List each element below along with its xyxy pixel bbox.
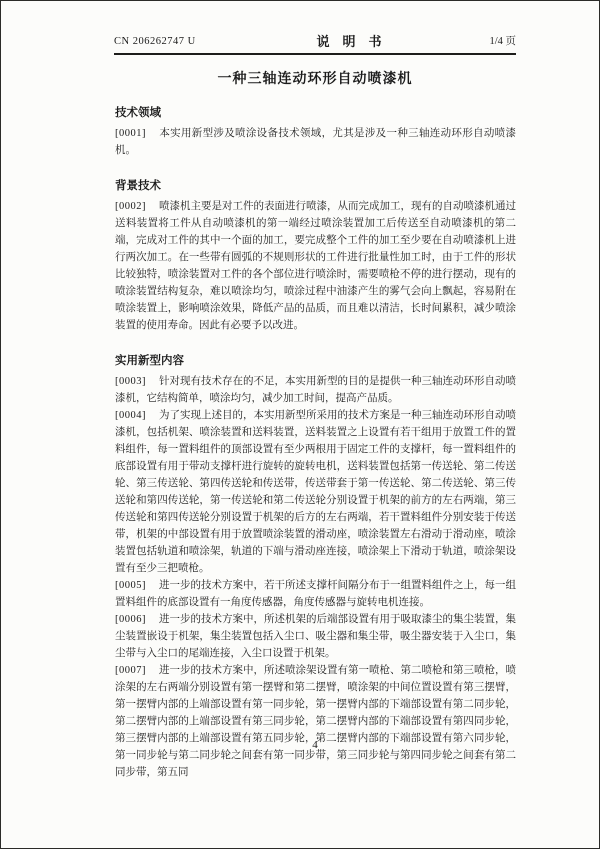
paragraph-0007: [0007]进一步的技术方案中，所述喷涂架设置有第一喷枪、第二喷枪和第三喷枪，喷…	[115, 662, 516, 781]
section-heading: 技术领域	[115, 105, 516, 122]
page-indicator: 1/4 页	[489, 35, 516, 49]
page-header: CN 206262747 U 说明书 1/4 页	[114, 35, 516, 49]
paragraph-text: 进一步的技术方案中，所述喷涂架设置有第一喷枪、第二喷枪和第三喷枪，喷涂架的左右两…	[115, 665, 516, 778]
section-heading: 实用新型内容	[115, 353, 516, 370]
paragraph-text: 进一步的技术方案中，所述机架的后端部设置有用于吸取漆尘的集尘装置，集尘装置嵌设于…	[115, 614, 516, 659]
paragraph-text: 喷漆机主要是对工件的表面进行喷漆，从而完成加工，现有的自动喷漆机通过送料装置将工…	[115, 201, 516, 331]
paragraph-number: [0006]	[115, 611, 159, 628]
section-background-art: 背景技术 [0002]喷漆机主要是对工件的表面进行喷漆，从而完成加工，现有的自动…	[115, 178, 516, 334]
document-type-label: 说明书	[317, 35, 395, 49]
footer-page-number: 4	[312, 739, 318, 751]
publication-number: CN 206262747 U	[114, 35, 196, 49]
paragraph-number: [0004]	[115, 407, 159, 424]
paragraph-0002: [0002]喷漆机主要是对工件的表面进行喷漆，从而完成加工，现有的自动喷漆机通过…	[115, 198, 516, 334]
paragraph-number: [0002]	[115, 198, 159, 215]
paragraph-0005: [0005]进一步的技术方案中，若干所述支撑杆间隔分布于一组置料组件之上，每一组…	[115, 577, 516, 611]
section-heading: 背景技术	[115, 178, 516, 195]
paragraph-text: 为了实现上述目的，本实用新型所采用的技术方案是一种三轴连动环形自动喷漆机，包括机…	[115, 410, 516, 574]
paragraph-text: 进一步的技术方案中，若干所述支撑杆间隔分布于一组置料组件之上，每一组置料组件的底…	[115, 580, 516, 608]
section-technical-field: 技术领域 [0001]本实用新型涉及喷涂设备技术领域，尤其是涉及一种三轴连动环形…	[115, 105, 516, 159]
invention-title: 一种三轴连动环形自动喷漆机	[114, 68, 516, 88]
paragraph-text: 本实用新型涉及喷涂设备技术领域，尤其是涉及一种三轴连动环形自动喷漆机。	[115, 128, 516, 156]
document-body: 技术领域 [0001]本实用新型涉及喷涂设备技术领域，尤其是涉及一种三轴连动环形…	[115, 105, 516, 781]
paragraph-text: 针对现有技术存在的不足，本实用新型的目的是提供一种三轴连动环形自动喷漆机，它结构…	[115, 376, 516, 404]
paragraph-number: [0007]	[115, 662, 159, 679]
paragraph-0003: [0003]针对现有技术存在的不足，本实用新型的目的是提供一种三轴连动环形自动喷…	[115, 373, 516, 407]
paragraph-number: [0003]	[115, 373, 159, 390]
paragraph-0004: [0004]为了实现上述目的，本实用新型所采用的技术方案是一种三轴连动环形自动喷…	[115, 407, 516, 577]
patent-specification-page: CN 206262747 U 说明书 1/4 页 一种三轴连动环形自动喷漆机 技…	[0, 0, 600, 849]
paragraph-0006: [0006]进一步的技术方案中，所述机架的后端部设置有用于吸取漆尘的集尘装置，集…	[115, 611, 516, 662]
header-rule	[114, 53, 516, 55]
paragraph-number: [0005]	[115, 577, 159, 594]
paragraph-0001: [0001]本实用新型涉及喷涂设备技术领域，尤其是涉及一种三轴连动环形自动喷漆机…	[115, 125, 516, 159]
page-footer: 4	[114, 739, 516, 751]
section-utility-model-content: 实用新型内容 [0003]针对现有技术存在的不足，本实用新型的目的是提供一种三轴…	[115, 353, 516, 781]
paragraph-number: [0001]	[115, 125, 159, 142]
